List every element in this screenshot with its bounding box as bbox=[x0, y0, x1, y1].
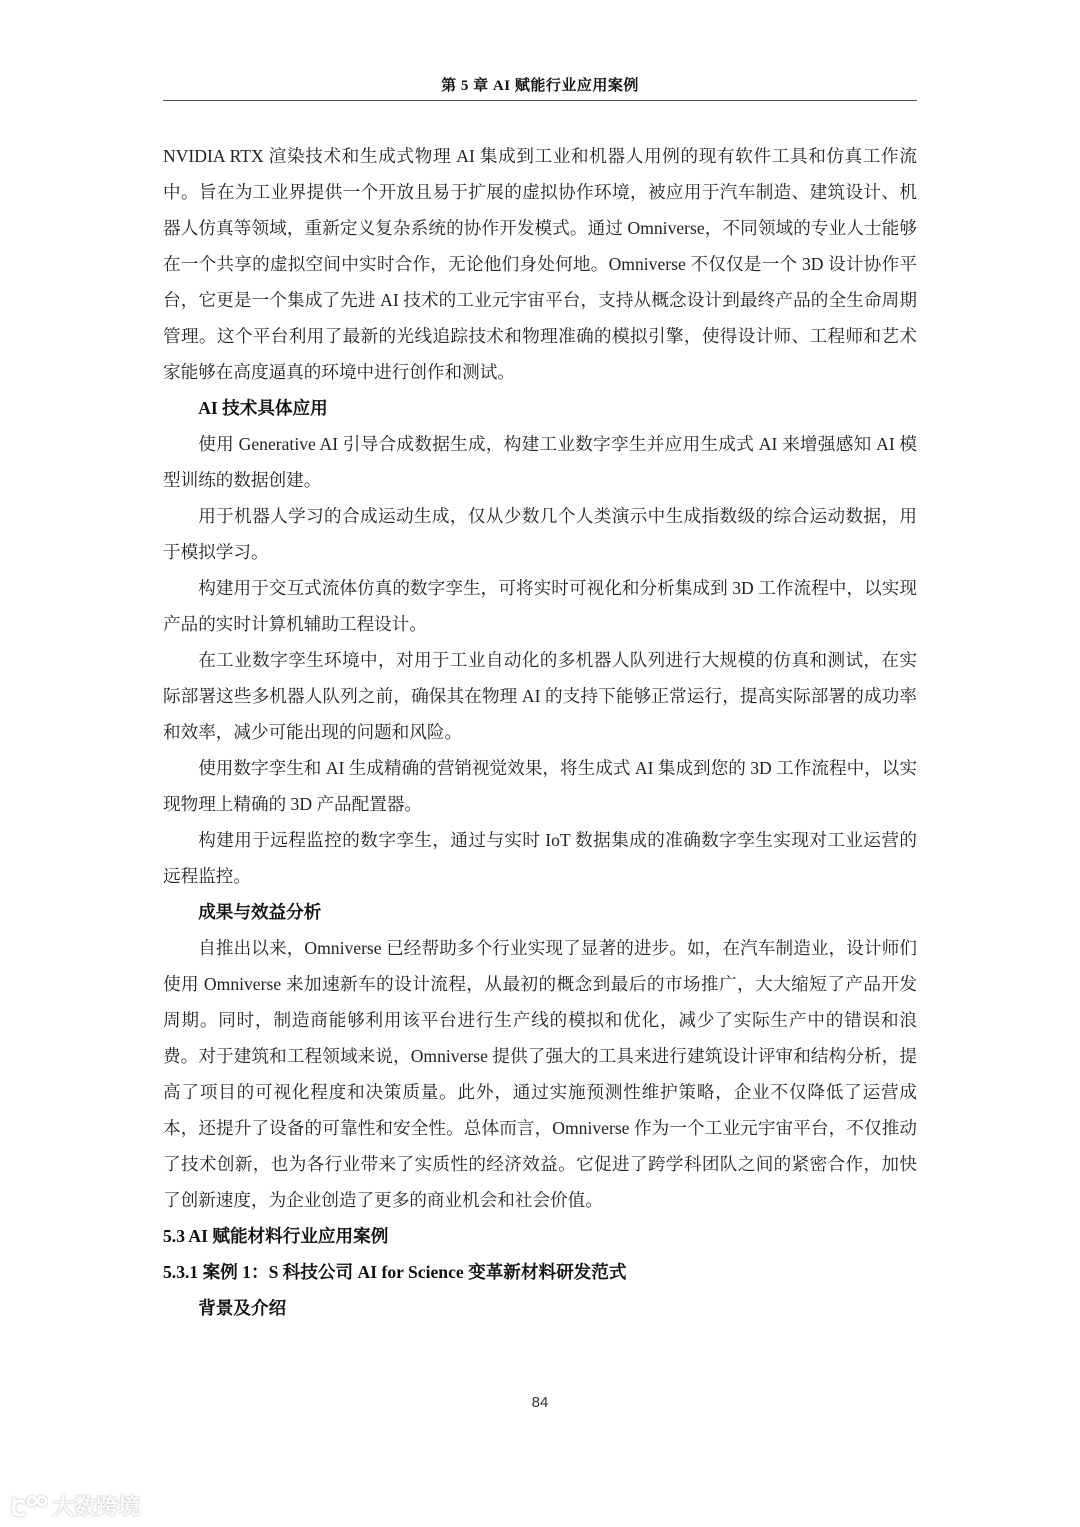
watermark: 大数跨境 bbox=[8, 1490, 140, 1521]
page-number: 84 bbox=[0, 1394, 1080, 1411]
subheading-background: 背景及介绍 bbox=[163, 1290, 917, 1326]
watermark-text: 大数跨境 bbox=[52, 1490, 140, 1521]
subheading-ai-applications: AI 技术具体应用 bbox=[163, 390, 917, 426]
section-heading-5-3: 5.3 AI 赋能材料行业应用案例 bbox=[163, 1218, 917, 1254]
page-body: NVIDIA RTX 渲染技术和生成式物理 AI 集成到工业和机器人用例的现有软… bbox=[163, 138, 917, 1326]
section-heading-5-3-1: 5.3.1 案例 1：S 科技公司 AI for Science 变革新材料研发… bbox=[163, 1254, 917, 1290]
header-divider bbox=[163, 100, 917, 101]
body-paragraph-robot-fleet: 在工业数字孪生环境中，对用于工业自动化的多机器人队列进行大规模的仿真和测试，在实… bbox=[163, 642, 917, 750]
body-paragraph-omniverse-intro: NVIDIA RTX 渲染技术和生成式物理 AI 集成到工业和机器人用例的现有软… bbox=[163, 138, 917, 390]
body-paragraph-results: 自推出以来，Omniverse 已经帮助多个行业实现了显著的进步。如，在汽车制造… bbox=[163, 930, 917, 1218]
body-paragraph-motion-generation: 用于机器人学习的合成运动生成，仅从少数几个人类演示中生成指数级的综合运动数据，用… bbox=[163, 498, 917, 570]
brand-logo-icon bbox=[8, 1493, 48, 1519]
body-paragraph-fluid-simulation: 构建用于交互式流体仿真的数字孪生，可将实时可视化和分析集成到 3D 工作流程中，… bbox=[163, 570, 917, 642]
running-header-chapter-title: 第 5 章 AI 赋能行业应用案例 bbox=[163, 74, 917, 95]
subheading-results-benefits: 成果与效益分析 bbox=[163, 894, 917, 930]
body-paragraph-synthetic-data: 使用 Generative AI 引导合成数据生成，构建工业数字孪生并应用生成式… bbox=[163, 426, 917, 498]
body-paragraph-marketing-visuals: 使用数字孪生和 AI 生成精确的营销视觉效果，将生成式 AI 集成到您的 3D … bbox=[163, 750, 917, 822]
body-paragraph-remote-monitoring: 构建用于远程监控的数字孪生，通过与实时 IoT 数据集成的准确数字孪生实现对工业… bbox=[163, 822, 917, 894]
